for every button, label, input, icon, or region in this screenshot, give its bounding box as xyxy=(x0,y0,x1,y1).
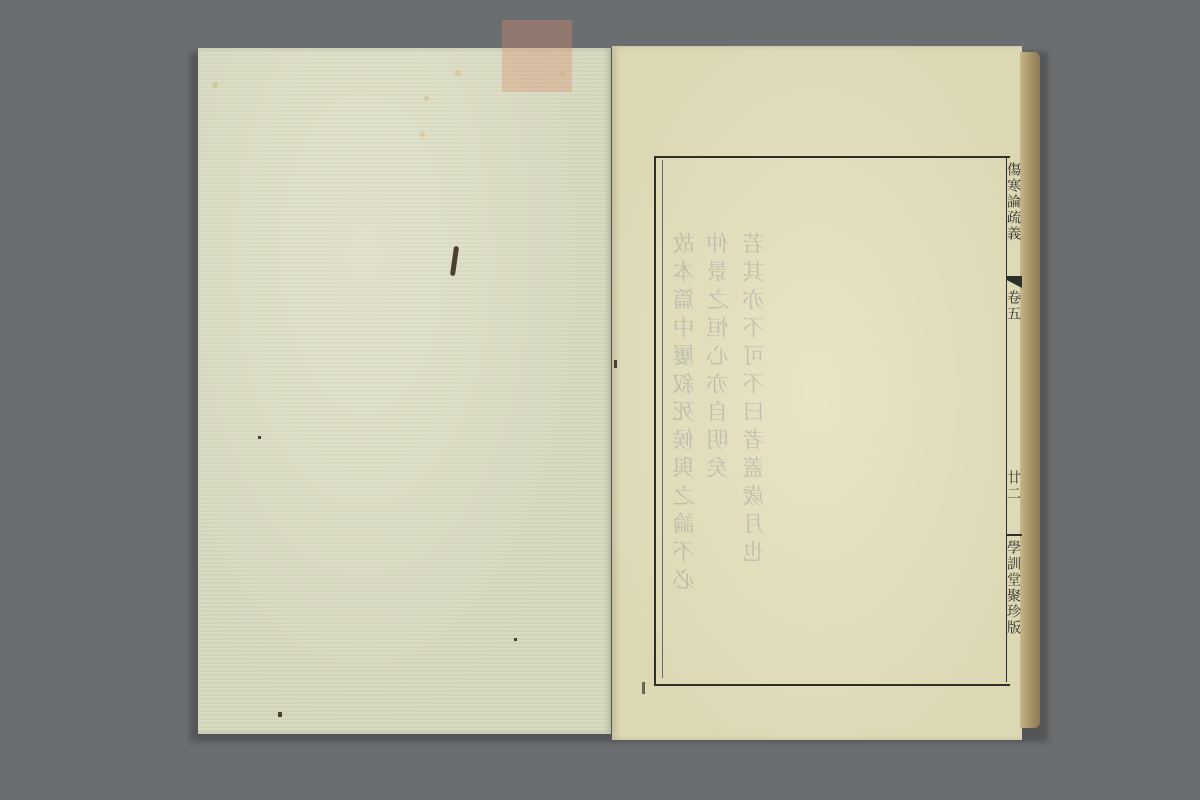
page-number: 廿二 xyxy=(1006,470,1020,502)
fore-edge xyxy=(1020,52,1040,728)
bleed-through-column: 若其亦不可不曰者蓋歲月也 xyxy=(740,232,771,568)
debris-mark xyxy=(258,436,261,439)
debris-mark xyxy=(514,638,517,641)
inner-border-line xyxy=(662,160,663,678)
bleed-through-column: 仲景之恒心亦自明矣 xyxy=(704,232,735,484)
foxing-spot xyxy=(424,96,429,101)
debris-mark xyxy=(614,360,617,368)
debris-mark xyxy=(642,682,645,694)
book-title: 傷寒論疏義 xyxy=(1006,162,1020,242)
foxing-spot xyxy=(560,72,565,77)
bleed-through-column: 故本篇中屢叙死候與之論不必 xyxy=(670,232,701,596)
debris-mark xyxy=(278,712,282,717)
publisher-imprint: 學訓堂聚珍版 xyxy=(1006,540,1020,636)
foxing-spot xyxy=(212,82,218,88)
foxing-spot xyxy=(455,70,461,76)
left-page-blank xyxy=(198,48,612,734)
library-seal-stamp xyxy=(502,20,572,92)
banxin-rule xyxy=(1006,534,1022,536)
foxing-spot xyxy=(420,132,425,137)
book-spread: 若其亦不可不曰者蓋歲月也 仲景之恒心亦自明矣 故本篇中屢叙死候與之論不必 傷寒論… xyxy=(0,0,1200,800)
volume-label: 卷五 xyxy=(1006,290,1020,322)
